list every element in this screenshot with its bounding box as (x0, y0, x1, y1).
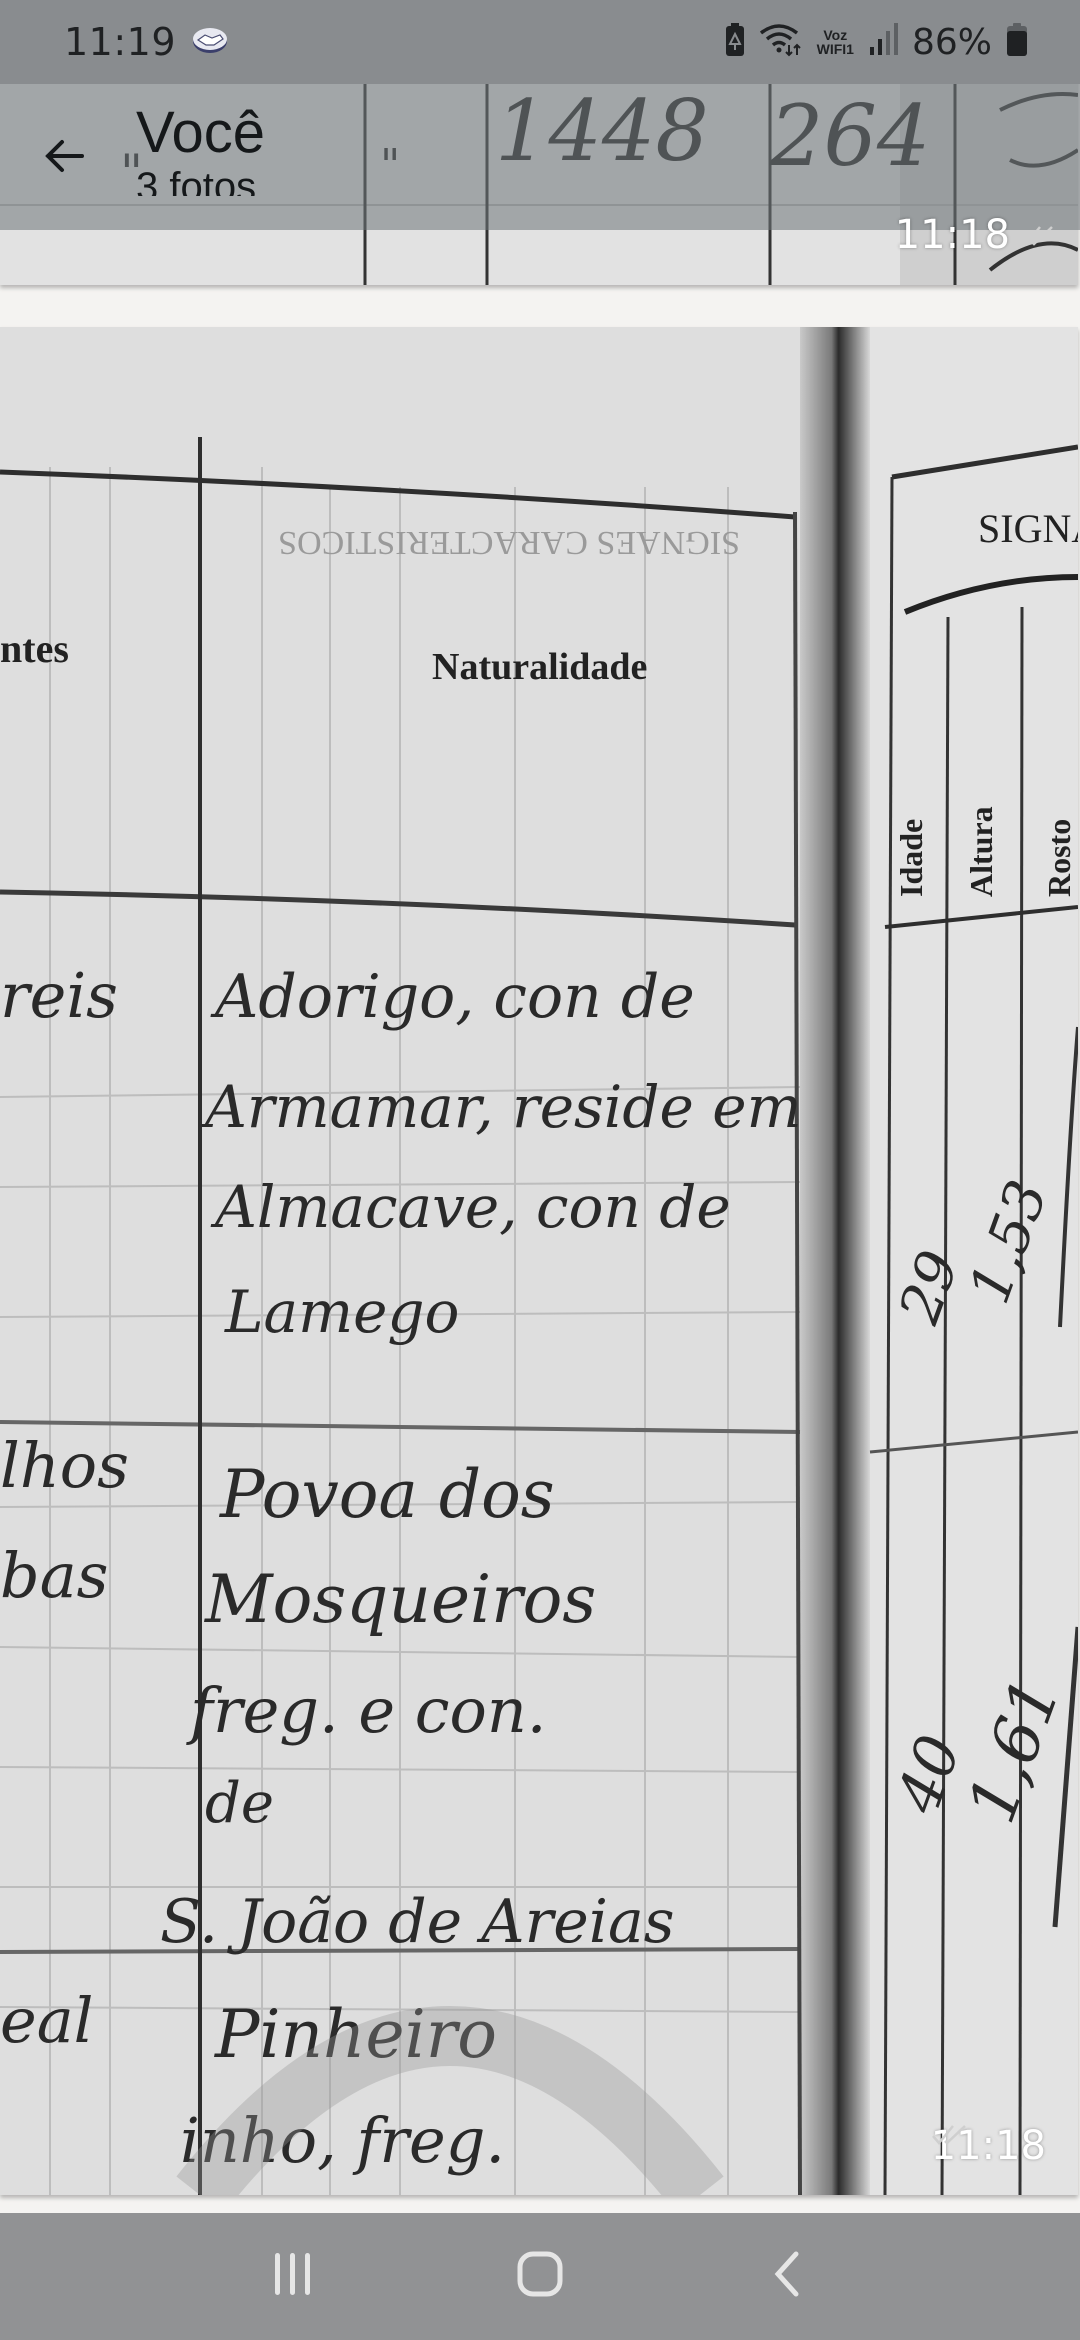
header-naturalidade: Naturalidade (432, 646, 647, 688)
svg-text:bas: bas (0, 1539, 108, 1612)
double-check-icon (1018, 212, 1056, 258)
status-bar: 11:19 (0, 0, 1080, 84)
header-signa: SIGNA (978, 506, 1078, 551)
handwriting-line: de (205, 1771, 274, 1836)
handwriting-line: freg. e con. (186, 1674, 546, 1747)
status-bar-left: 11:19 (64, 20, 230, 64)
wifi-icon (759, 23, 803, 62)
photo-2-timestamp: 11:18 (931, 2123, 1054, 2169)
battery-icon (1006, 23, 1028, 62)
svg-text:lhos: lhos (0, 1429, 129, 1502)
photo-2[interactable]: SIGNAES CARACTERISTICOS ntes Naturalidad… (0, 327, 1078, 2195)
battery-percent: 86% (912, 22, 992, 63)
photo-1-timestamp: 11:18 (895, 212, 1056, 258)
recents-button[interactable] (248, 2232, 338, 2322)
header-bar: Você 3 fotos (0, 84, 1080, 230)
header-rosto: Rosto (1041, 819, 1077, 897)
handshake-icon (190, 25, 230, 60)
handwriting-line: Mosqueiros (204, 1561, 596, 1638)
section-header-mirrored: SIGNAES CARACTERISTICOS (278, 524, 740, 561)
home-button[interactable] (495, 2232, 585, 2322)
header-partial-ntes: ntes (0, 626, 69, 671)
header-idade: Idade (893, 819, 929, 897)
recents-icon (271, 2251, 315, 2302)
arrow-left-icon (42, 134, 86, 183)
svg-text:reis: reis (0, 959, 118, 1032)
ledger-photo-image: SIGNAES CARACTERISTICOS ntes Naturalidad… (0, 327, 1078, 2195)
handwriting-line: Povoa dos (219, 1456, 555, 1533)
svg-text:eal: eal (0, 1984, 93, 2057)
back-chevron-icon (772, 2250, 802, 2303)
back-button[interactable] (36, 130, 92, 186)
chat-title-group[interactable]: Você 3 fotos (136, 100, 265, 196)
back-nav-button[interactable] (742, 2232, 832, 2322)
handwriting-line: Almacave, con de (210, 1173, 731, 1241)
handwriting-line: Armamar, reside em (200, 1073, 802, 1141)
handwriting-line: Lamego (224, 1278, 459, 1346)
battery-saver-icon (725, 23, 745, 62)
header-altura: Altura (963, 806, 999, 897)
navigation-bar (0, 2213, 1080, 2340)
photo-count: 3 fotos (136, 166, 265, 196)
chat-title: Você (136, 100, 265, 166)
status-time: 11:19 (64, 20, 176, 64)
home-icon (516, 2250, 564, 2303)
handwriting-line: Adorigo, con de (210, 962, 695, 1032)
signal-icon (868, 23, 898, 62)
status-bar-right: Voz WIFI1 86% (725, 22, 1028, 63)
voz-wifi-icon: Voz WIFI1 (817, 28, 854, 56)
handwriting-line: S. João de Areias (160, 1887, 675, 1957)
